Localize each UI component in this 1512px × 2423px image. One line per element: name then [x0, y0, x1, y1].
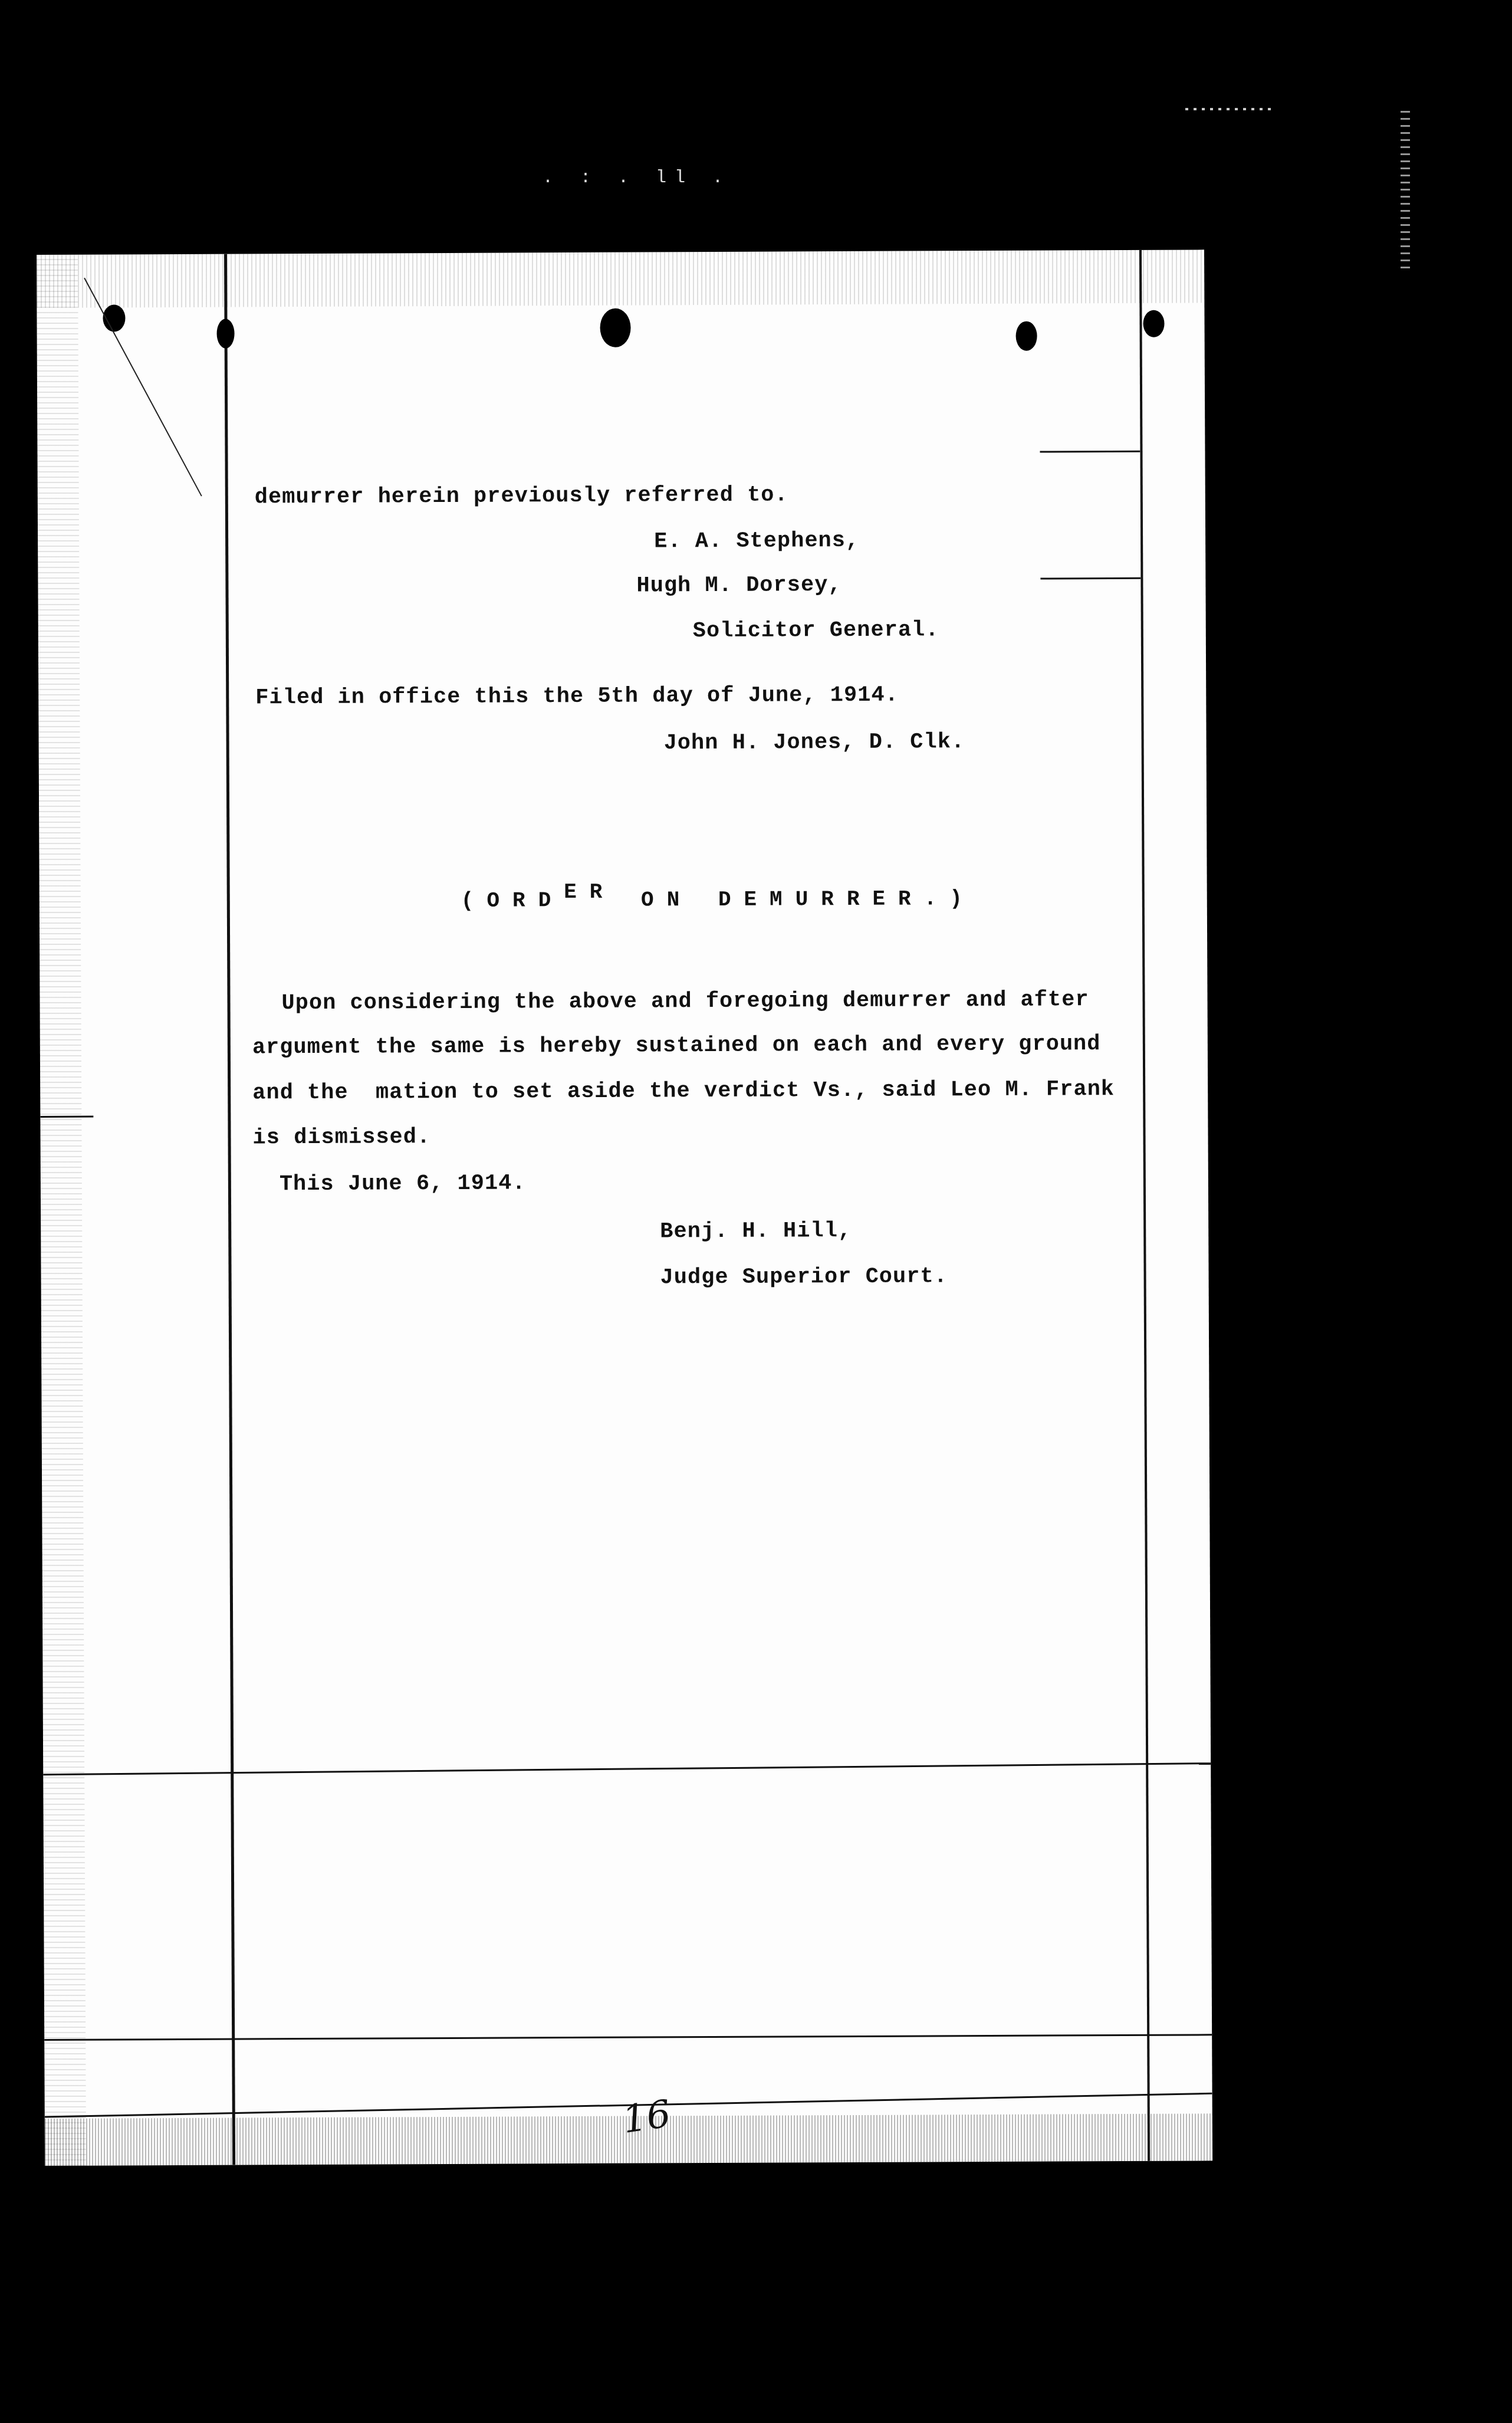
order-date: This June 6, 1914. [280, 1171, 526, 1197]
margin-rule-left [224, 254, 235, 2165]
heading-part: (ORD [461, 888, 564, 913]
scan-noise-top [1185, 108, 1274, 110]
paper-edge-texture [37, 255, 86, 2166]
ruled-line [1040, 577, 1140, 580]
heading-part: ER [564, 880, 615, 904]
scanner-mark: . : . ll . [543, 168, 731, 188]
order-body-line: Upon considering the above and foregoing… [281, 987, 1089, 1016]
signatory-stephens: E. A. Stephens, [654, 528, 859, 554]
order-heading: (ORDER ON DEMURRER.) [461, 887, 975, 913]
pencil-stroke [84, 278, 202, 497]
order-body-line: is dismissed. [252, 1125, 430, 1150]
ruled-line [1040, 451, 1140, 453]
punch-hole [1143, 310, 1164, 337]
paper-edge-texture [37, 249, 1204, 308]
continuation-line: demurrer herein previously referred to. [255, 482, 788, 510]
judge-name: Benj. H. Hill, [660, 1219, 852, 1244]
filing-statement: Filed in office this the 5th day of June… [255, 683, 899, 711]
punch-hole [600, 308, 630, 347]
ruled-line [44, 2034, 1212, 2041]
signatory-title: Solicitor General. [693, 618, 939, 643]
page-number: 16 [620, 2092, 673, 2142]
judge-title: Judge Superior Court. [660, 1264, 947, 1290]
order-body-line: argument the same is hereby sustained on… [252, 1032, 1101, 1060]
punch-hole [1016, 321, 1037, 351]
ruled-line [40, 1116, 93, 1118]
document-page: demurrer herein previously referred to. … [37, 249, 1212, 2166]
ruled-line [43, 1762, 1211, 1775]
heading-part: ON DEMURRER.) [615, 887, 975, 912]
signatory-dorsey: Hugh M. Dorsey, [636, 573, 842, 599]
punch-hole [216, 319, 234, 349]
order-body-line: and the mation to set aside the verdict … [252, 1077, 1115, 1105]
clerk-signature: John H. Jones, D. Clk. [664, 730, 965, 756]
scan-noise-side [1401, 109, 1410, 268]
margin-rule-right [1139, 250, 1150, 2161]
